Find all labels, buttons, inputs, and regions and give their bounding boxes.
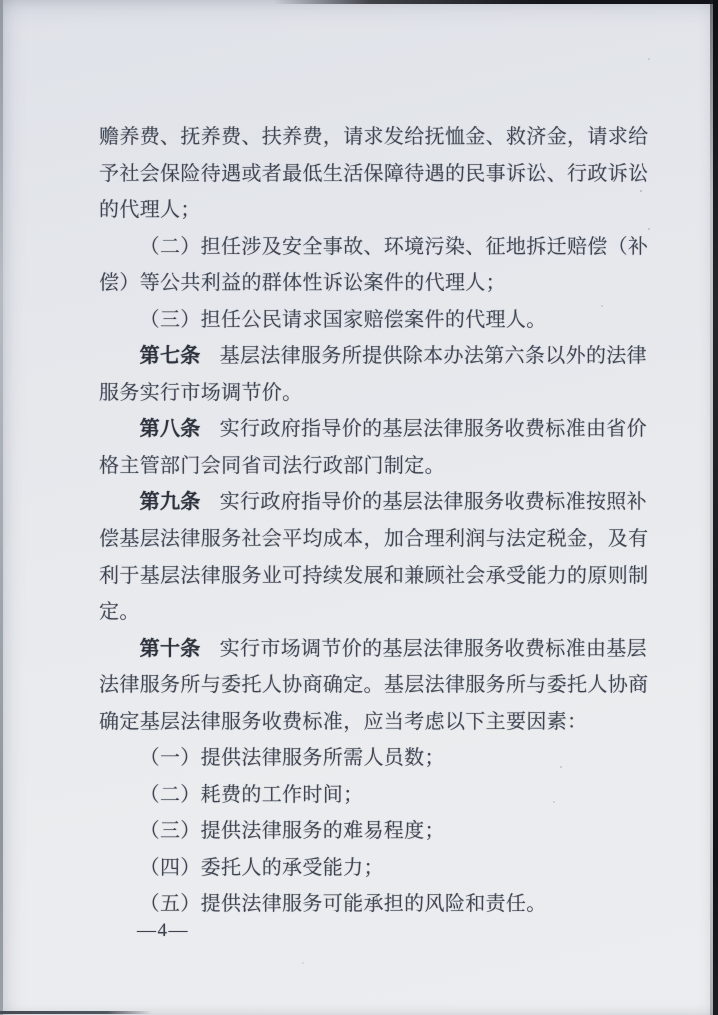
line-text: （二）耗费的工作时间； [140, 784, 364, 806]
line-text: 赡养费、抚养费、扶养费，请求发给抚恤金、救济金，请求给 [99, 126, 648, 148]
scan-edge-left [0, 0, 3, 1015]
scan-edge-bottom [0, 1011, 152, 1014]
scan-edge-right [713, 0, 718, 1015]
text-line: （一）提供法律服务所需人员数； [99, 740, 659, 777]
line-text: 格主管部门会同省司法行政部门制定。 [99, 455, 445, 477]
scan-edge-top [273, 0, 718, 4]
text-line: 予社会保险待遇或者最低生活保障待遇的民事诉讼、行政诉讼 [99, 156, 659, 193]
text-line: 赡养费、抚养费、扶养费，请求发给抚恤金、救济金，请求给 [99, 119, 659, 156]
text-line: （四）委托人的承受能力； [99, 850, 659, 887]
text-line: 的代理人； [99, 192, 659, 229]
line-text: 定。 [99, 601, 140, 623]
article-number: 第八条 [140, 418, 201, 440]
line-text: 基层法律服务所提供除本办法第六条以外的法律 [220, 345, 647, 367]
text-line: （二）担任涉及安全事故、环境污染、征地拆迁赔偿（补 [99, 229, 659, 266]
line-text: （三）担任公民请求国家赔偿案件的代理人。 [140, 309, 547, 331]
text-line: 第九条实行政府指导价的基层法律服务收费标准按照补 [99, 484, 659, 521]
article-number: 第九条 [140, 491, 201, 513]
text-line: 第十条实行市场调节价的基层法律服务收费标准由基层 [99, 631, 659, 668]
text-line: 偿基层法律服务社会平均成本，加合理利润与法定税金，及有 [99, 521, 659, 558]
article-number: 第十条 [140, 638, 201, 660]
text-line: （五）提供法律服务可能承担的风险和责任。 [99, 886, 659, 923]
line-text: （三）提供法律服务的难易程度； [140, 820, 445, 842]
text-line: 确定基层法律服务收费标准，应当考虑以下主要因素： [99, 704, 659, 741]
text-line: 第七条基层法律服务所提供除本办法第六条以外的法律 [99, 338, 659, 375]
text-line: （三）担任公民请求国家赔偿案件的代理人。 [99, 302, 659, 339]
line-text: （一）提供法律服务所需人员数； [140, 747, 445, 769]
text-line: 服务实行市场调节价。 [99, 375, 659, 412]
article-number: 第七条 [140, 345, 201, 367]
line-text: （二）担任涉及安全事故、环境污染、征地拆迁赔偿（补 [140, 236, 649, 258]
line-text: 法律服务所与委托人协商确定。基层法律服务所与委托人协商 [99, 674, 648, 696]
scanned-document-page: 赡养费、抚养费、扶养费，请求发给抚恤金、救济金，请求给予社会保险待遇或者最低生活… [0, 0, 718, 1015]
line-text: （五）提供法律服务可能承担的风险和责任。 [140, 893, 547, 915]
text-line: 格主管部门会同省司法行政部门制定。 [99, 448, 659, 485]
line-text: 偿基层法律服务社会平均成本，加合理利润与法定税金，及有 [99, 528, 648, 550]
line-text: 利于基层法律服务业可持续发展和兼顾社会承受能力的原则制 [99, 565, 648, 587]
line-text: 实行市场调节价的基层法律服务收费标准由基层 [220, 638, 647, 660]
text-line: 法律服务所与委托人协商确定。基层法律服务所与委托人协商 [99, 667, 659, 704]
line-text: 实行政府指导价的基层法律服务收费标准由省价 [220, 418, 647, 440]
text-line: 定。 [99, 594, 659, 631]
page-number: —4— [137, 920, 189, 942]
scan-edge-right-shadow [710, 0, 713, 1015]
scan-dust-specks [0, 0, 2, 2]
line-text: 的代理人； [99, 199, 201, 221]
document-text: 赡养费、抚养费、扶养费，请求发给抚恤金、救济金，请求给予社会保险待遇或者最低生活… [99, 119, 659, 923]
line-text: 确定基层法律服务收费标准，应当考虑以下主要因素： [99, 711, 587, 733]
line-text: 予社会保险待遇或者最低生活保障待遇的民事诉讼、行政诉讼 [99, 163, 648, 185]
line-text: 实行政府指导价的基层法律服务收费标准按照补 [220, 491, 647, 513]
text-line: 利于基层法律服务业可持续发展和兼顾社会承受能力的原则制 [99, 558, 659, 595]
text-line: 第八条实行政府指导价的基层法律服务收费标准由省价 [99, 411, 659, 448]
line-text: 服务实行市场调节价。 [99, 382, 303, 404]
text-line: 偿）等公共利益的群体性诉讼案件的代理人； [99, 265, 659, 302]
text-line: （三）提供法律服务的难易程度； [99, 813, 659, 850]
line-text: 偿）等公共利益的群体性诉讼案件的代理人； [99, 272, 506, 294]
line-text: （四）委托人的承受能力； [140, 857, 384, 879]
text-line: （二）耗费的工作时间； [99, 777, 659, 814]
